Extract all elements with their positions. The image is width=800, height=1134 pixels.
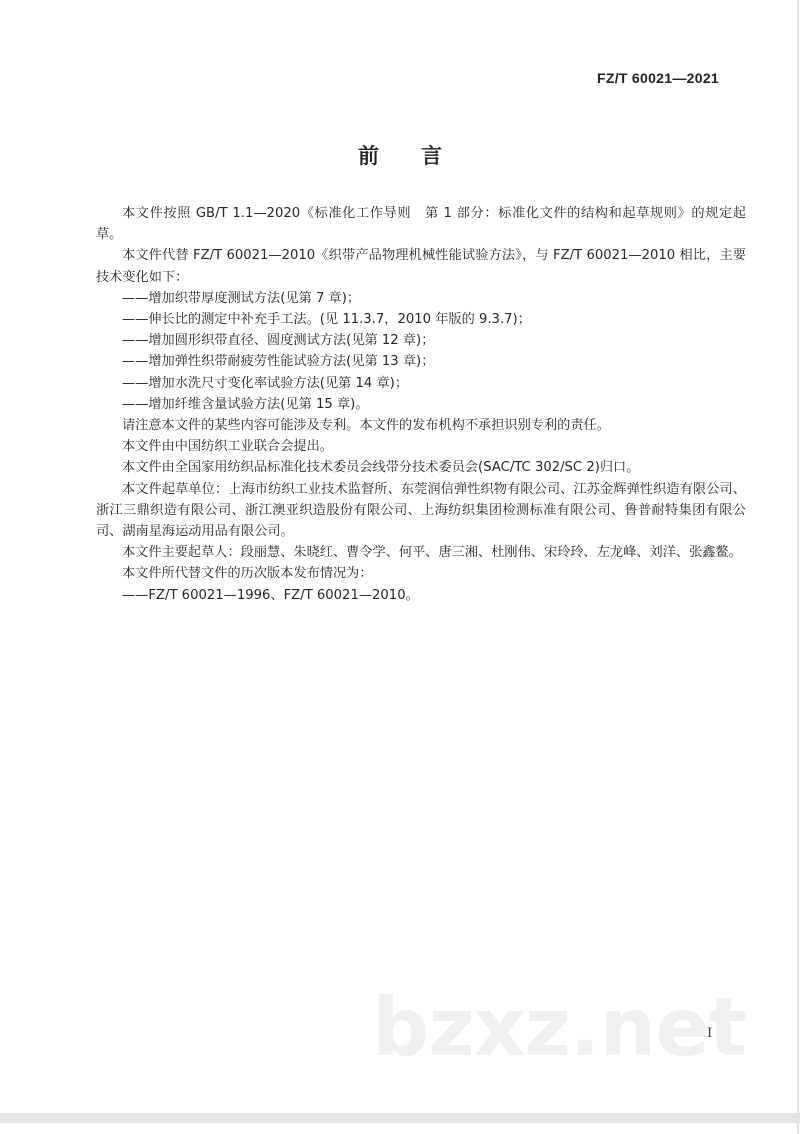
- page-separator: [0, 1113, 800, 1123]
- watermark: bzxz.net: [372, 988, 746, 1068]
- list-item: ——伸长比的测定中补充手工法。(见 11.3.7，2010 年版的 9.3.7)…: [96, 309, 746, 330]
- paragraph-proposer: 本文件由中国纺织工业联合会提出。: [96, 436, 746, 457]
- list-item: ——增加水洗尺寸变化率试验方法(见第 14 章)；: [96, 373, 746, 394]
- changes-list: ——增加织带厚度测试方法(见第 7 章)； ——伸长比的测定中补充手工法。(见 …: [96, 288, 746, 415]
- paragraph-committee: 本文件由全国家用纺织品标准化技术委员会线带分技术委员会(SAC/TC 302/S…: [96, 457, 746, 478]
- paragraph-drafting-rules: 本文件按照 GB/T 1.1—2020《标准化工作导则 第 1 部分：标准化文件…: [96, 203, 746, 245]
- document-page: FZ/T 60021—2021 前言 本文件按照 GB/T 1.1—2020《标…: [0, 0, 799, 1113]
- page-number: I: [707, 1026, 712, 1041]
- paragraph-replacement: 本文件代替 FZ/T 60021—2010《织带产品物理机械性能试验方法》，与 …: [96, 245, 746, 287]
- foreword-body: 本文件按照 GB/T 1.1—2020《标准化工作导则 第 1 部分：标准化文件…: [96, 203, 746, 606]
- paragraph-drafting-units: 本文件起草单位：上海市纺织工业技术监督所、东莞润信弹性织物有限公司、江苏金辉弹性…: [96, 479, 746, 543]
- document-code: FZ/T 60021—2021: [597, 70, 719, 86]
- list-item: ——增加圆形织带直径、圆度测试方法(见第 12 章)；: [96, 330, 746, 351]
- next-page-edge: [0, 1123, 799, 1134]
- paragraph-drafters: 本文件主要起草人：段丽慧、朱晓红、曹令学、何平、唐三湘、杜刚伟、宋玲玲、左龙峰、…: [96, 542, 746, 563]
- list-item: ——增加纤维含量试验方法(见第 15 章)。: [96, 394, 746, 415]
- page-title: 前言: [0, 140, 800, 170]
- history-item: ——FZ/T 60021—1996、FZ/T 60021—2010。: [96, 585, 746, 606]
- list-item: ——增加弹性织带耐疲劳性能试验方法(见第 13 章)；: [96, 351, 746, 372]
- paragraph-patent-notice: 请注意本文件的某些内容可能涉及专利。本文件的发布机构不承担识别专利的责任。: [96, 415, 746, 436]
- title-char-1: 前: [358, 140, 379, 170]
- paragraph-history-intro: 本文件所代替文件的历次版本发布情况为：: [96, 563, 746, 584]
- title-char-2: 言: [421, 140, 442, 170]
- list-item: ——增加织带厚度测试方法(见第 7 章)；: [96, 288, 746, 309]
